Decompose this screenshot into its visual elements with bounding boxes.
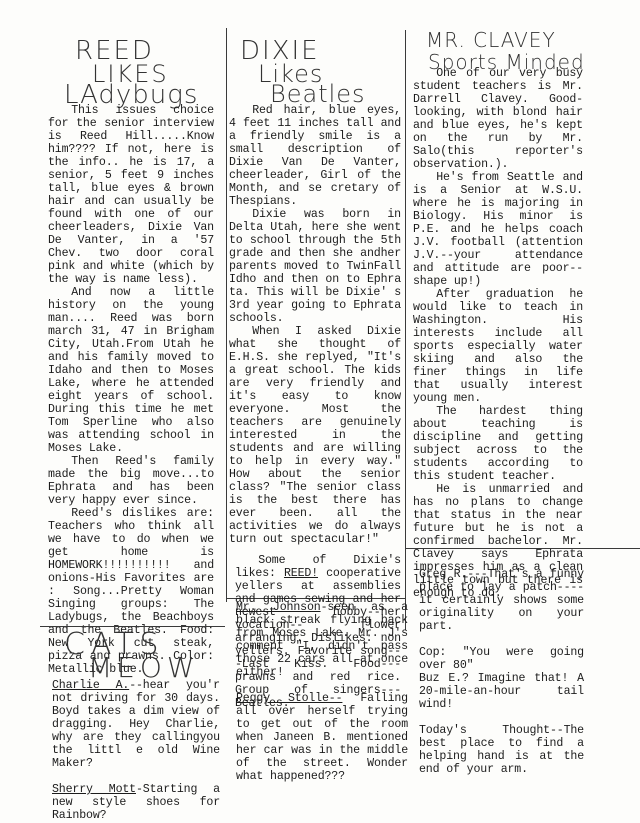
- reed-para-2: And now a little history on the young ma…: [48, 286, 214, 455]
- cats-gossip: Charlie A.--hear you'r not driving for 3…: [52, 679, 220, 822]
- col2-left-border: [226, 28, 227, 602]
- gossip-johnson-name: Mr. Johnson: [236, 601, 321, 614]
- reed-para-1: This issues choice for the senior interv…: [48, 104, 214, 286]
- gossip-cop: Cop: "You were going over 80": [419, 646, 584, 672]
- dixie-para-1: Red hair, blue eyes, 4 feet 11 inches ta…: [229, 104, 401, 208]
- gossip-greg: Greg R.---That's a funny place to lay a …: [419, 568, 584, 633]
- col3-gossip: Greg R.---That's a funny place to lay a …: [419, 568, 584, 776]
- gossip-peggy-text: Falling all over herself trying to get o…: [236, 692, 408, 783]
- dixie-para-2: Dixie was born in Delta Utah, here she w…: [229, 208, 401, 325]
- gossip-johnson: Mr. Johnson-seen as a black streak flyin…: [236, 601, 408, 679]
- todays-thought: Today's Thought--The best place to find …: [419, 724, 584, 776]
- headline-clavey-1: MR. CLAVEY: [426, 30, 556, 50]
- gossip-charlie: Charlie A.--hear you'r not driving for 3…: [52, 679, 220, 770]
- clavey-para-4: The hardest thing about teaching is disc…: [413, 405, 583, 483]
- gossip-sherry-name: Sherry Mott: [52, 783, 136, 796]
- dixie-likes-reed: REED!: [284, 567, 318, 580]
- col2-right-border: [405, 30, 406, 630]
- dixie-para-3: When I asked Dixie what she thought of E…: [229, 325, 401, 546]
- col2-gossip: Mr. Johnson-seen as a black streak flyin…: [236, 601, 408, 783]
- reed-article: This issues choice for the senior interv…: [48, 104, 214, 676]
- gossip-buz: Buz E.? Imagine that! A 20-mile-an-hour …: [419, 672, 584, 711]
- clavey-para-3: After graduation he would like to teach …: [413, 288, 583, 405]
- headline-cats-2: MEOW: [88, 654, 200, 682]
- gossip-sherry: Sherry Mott-Starting a new style shoes f…: [52, 783, 220, 822]
- clavey-para-2: He's from Seattle and is a Senior at W.S…: [413, 171, 583, 288]
- gossip-peggy: Peggy Stolle-- Falling all over herself …: [236, 692, 408, 783]
- clavey-article: One of our very busy student teachers is…: [413, 67, 583, 600]
- headline-dixie-3: Beatles: [270, 82, 366, 106]
- gossip-peggy-name: Peggy Stolle--: [236, 692, 342, 705]
- clavey-para-1: One of our very busy student teachers is…: [413, 67, 583, 171]
- col3-divider: [405, 548, 640, 549]
- reed-para-3: Then Reed's family made the big move...t…: [48, 455, 214, 507]
- gossip-charlie-name: Charlie A.: [52, 679, 129, 692]
- gossip-charlie-text: --hear you'r not driving for 30 days. Bo…: [52, 679, 220, 770]
